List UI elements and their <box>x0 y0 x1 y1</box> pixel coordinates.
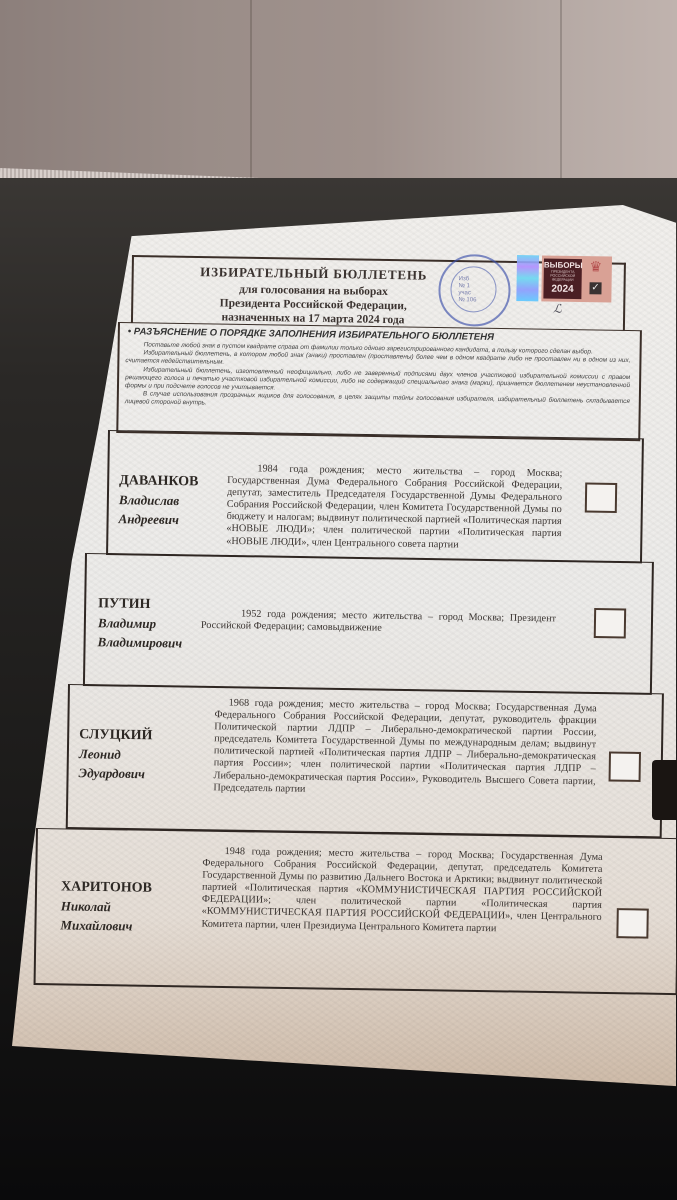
coat-of-arms-icon: ♛ <box>588 260 604 276</box>
commission-stamp-icon: Изб № 1 учас № 106 <box>438 254 511 327</box>
candidate-description: 1952 года рождения; место жительства – г… <box>201 608 556 638</box>
candidate-name: ПУТИН Владимир Владимирович <box>97 594 182 652</box>
stamp-text: Изб № 1 учас № 106 <box>458 276 477 304</box>
candidate-row: ПУТИН Владимир Владимирович 1952 года ро… <box>83 553 654 695</box>
instructions-section: • РАЗЪЯСНЕНИЕ О ПОРЯДКЕ ЗАПОЛНЕНИЯ ИЗБИР… <box>116 322 642 441</box>
instructions-body: Поставьте любой знак в пустом квадрате с… <box>125 341 631 415</box>
election-mark-label: ВЫБОРЫ ПРЕЗИДЕНТА РОССИЙСКОЙ ФЕДЕРАЦИИ 2… <box>543 258 582 299</box>
candidate-name: ДАВАНКОВ Владислав Андреевич <box>118 471 198 529</box>
candidate-row: СЛУЦКИЙ Леонид Эдуардович 1968 года рожд… <box>66 684 664 838</box>
candidate-name: СЛУЦКИЙ Леонид Эдуардович <box>78 725 152 783</box>
ballot-clip <box>652 760 677 820</box>
ballot-header: ИЗБИРАТЕЛЬНЫЙ БЮЛЛЕТЕНЬ для голосования … <box>131 255 626 331</box>
vote-checkbox[interactable] <box>609 752 641 782</box>
instructions-title: • РАЗЪЯСНЕНИЕ О ПОРЯДКЕ ЗАПОЛНЕНИЯ ИЗБИР… <box>128 326 494 343</box>
election-mark-stamp: ВЫБОРЫ ПРЕЗИДЕНТА РОССИЙСКОЙ ФЕДЕРАЦИИ 2… <box>541 255 612 302</box>
candidate-description: 1984 года рождения; место жительства – г… <box>226 463 562 553</box>
signature-icon: ℒ <box>553 302 562 316</box>
candidate-description: 1968 года рождения; место жительства – г… <box>213 697 596 800</box>
vote-checkbox[interactable] <box>594 608 626 638</box>
candidate-name: ХАРИТОНОВ Николай Михайлович <box>60 877 152 935</box>
vote-checkbox[interactable] <box>616 908 648 938</box>
ballot-subtitle: для голосования на выборах Президента Ро… <box>193 282 434 328</box>
candidate-row: ДАВАНКОВ Владислав Андреевич 1984 года р… <box>106 430 644 563</box>
candidate-description: 1948 года рождения; место жительства – г… <box>201 846 602 937</box>
candidate-row: ХАРИТОНОВ Николай Михайлович 1948 года р… <box>34 828 677 995</box>
ballot-title: ИЗБИРАТЕЛЬНЫЙ БЮЛЛЕТЕНЬ <box>194 264 434 284</box>
hologram-strip-icon <box>516 255 539 301</box>
vote-checkbox[interactable] <box>585 483 617 513</box>
checkmark-icon: ✓ <box>589 282 601 294</box>
